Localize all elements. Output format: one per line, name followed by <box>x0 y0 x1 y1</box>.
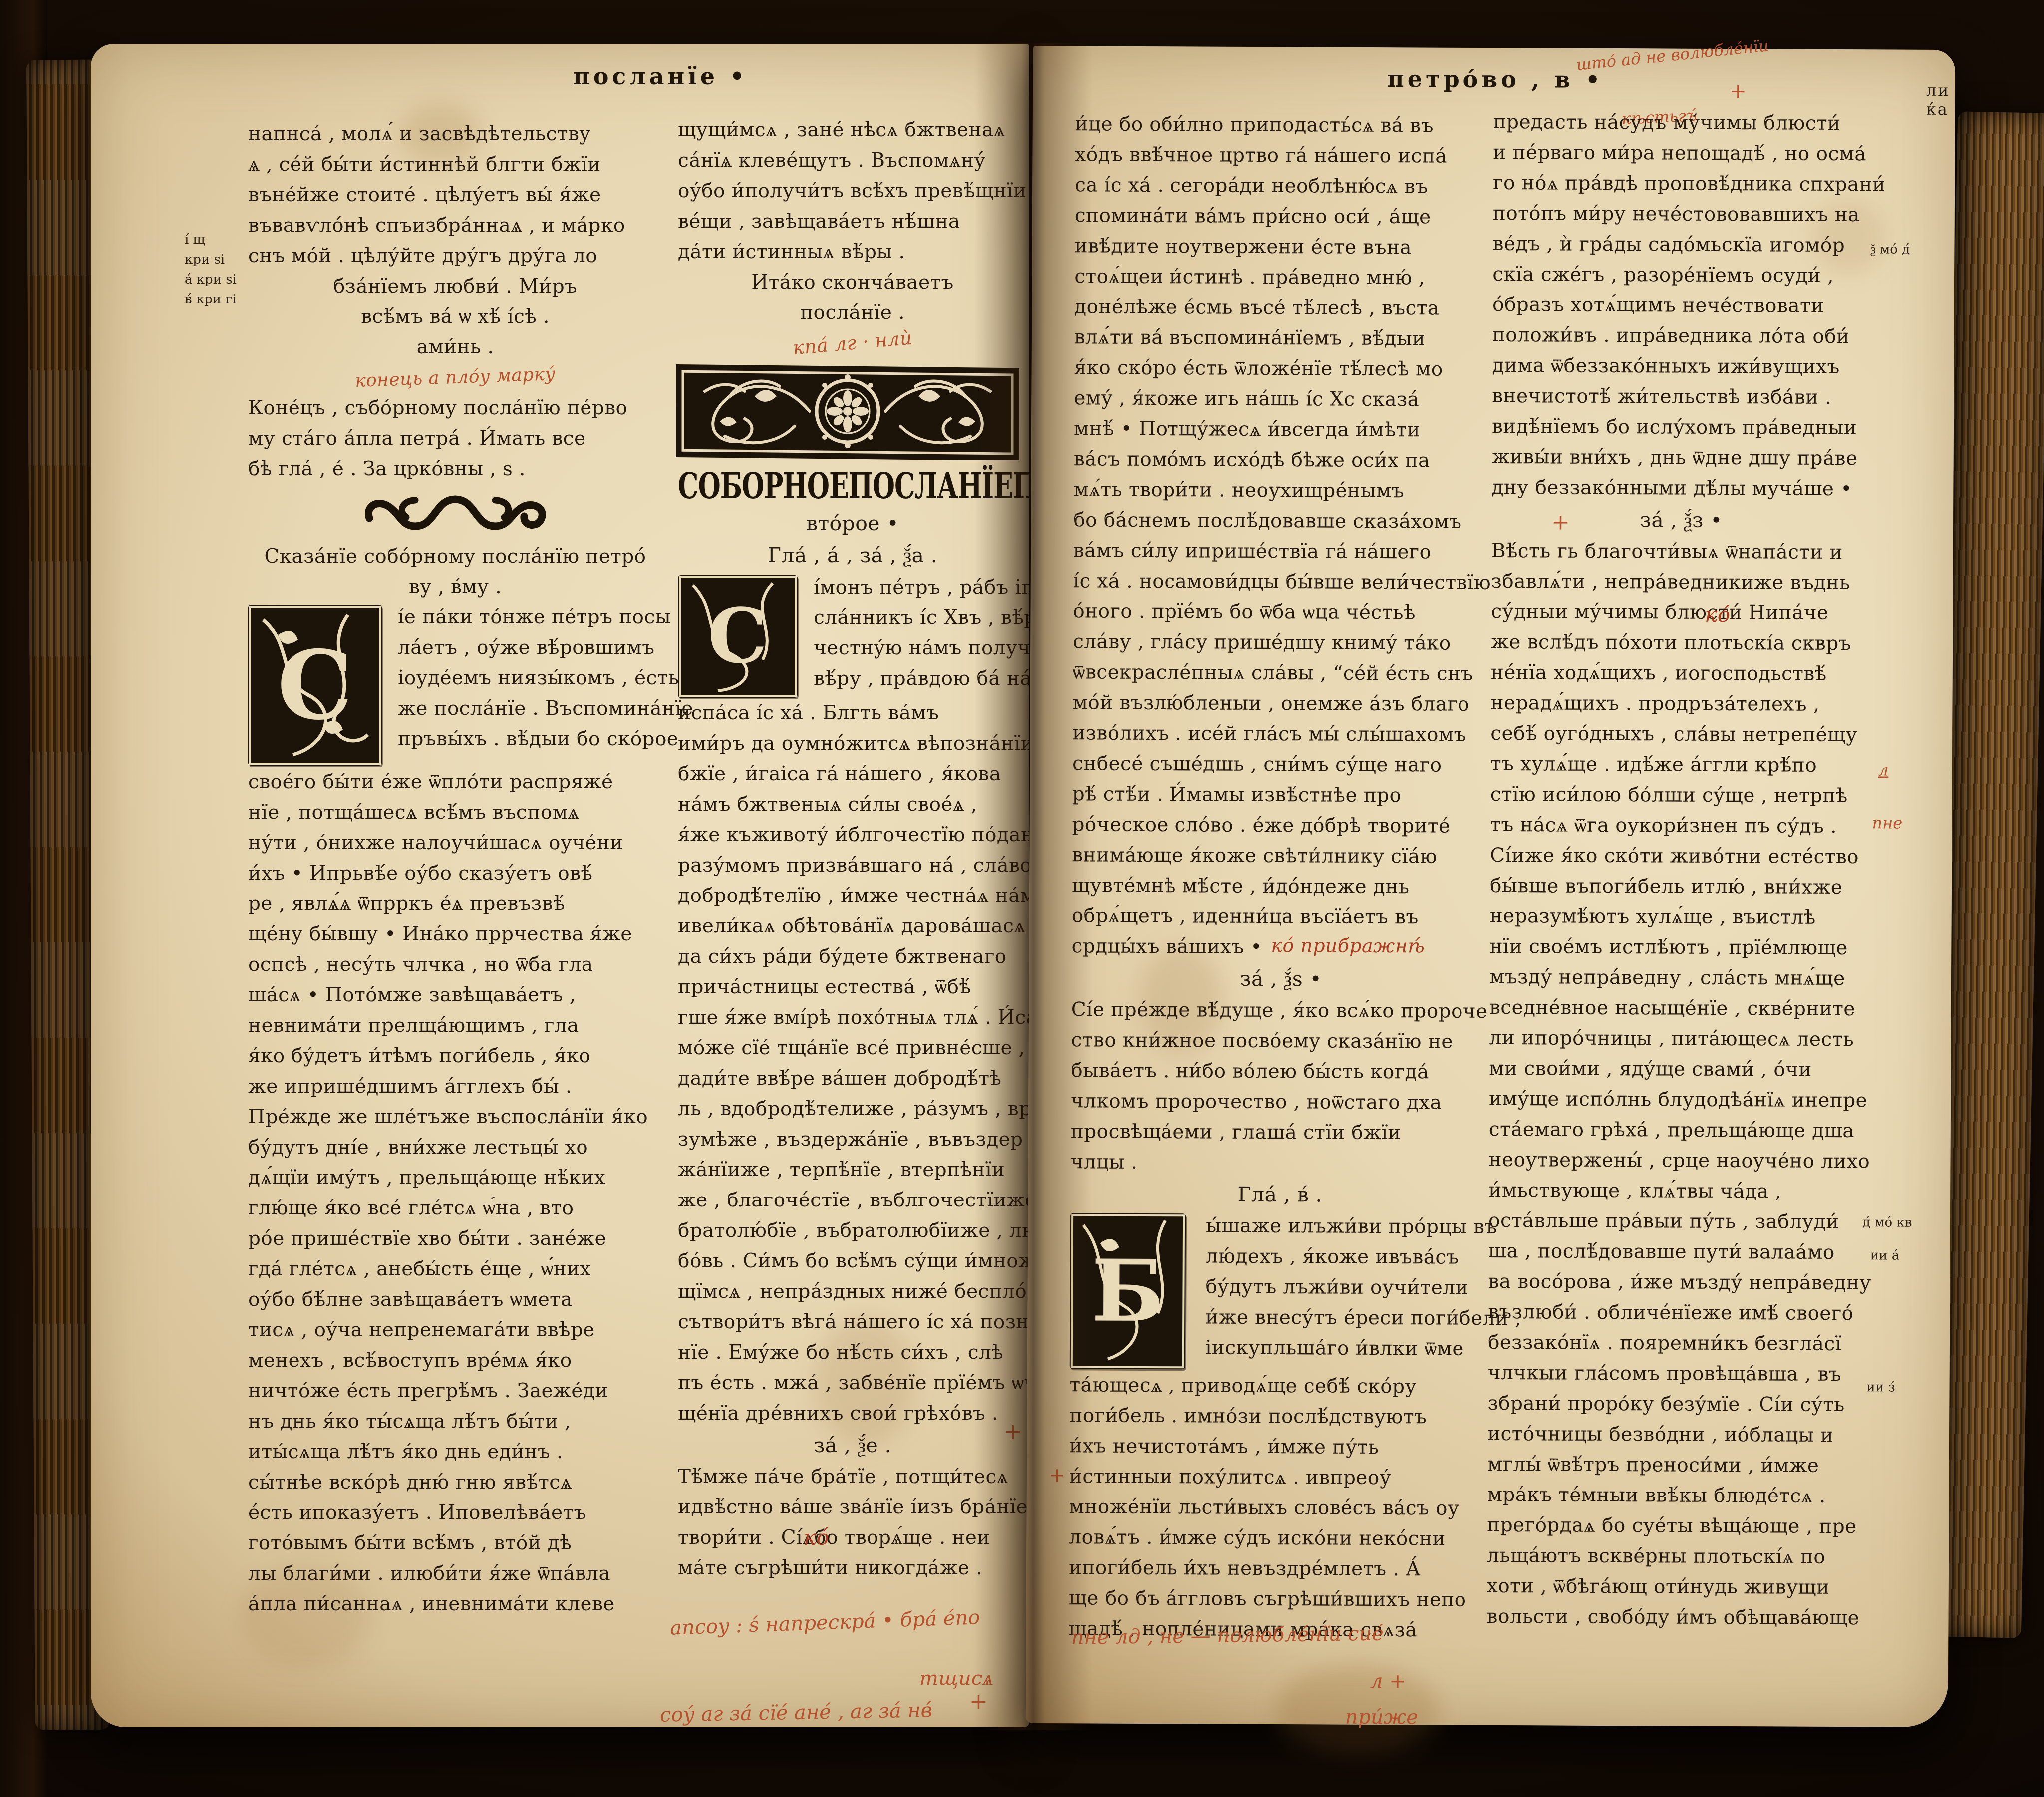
text-line: разу́момъ призва́вшаго на́ , сла́вои <box>678 850 1027 881</box>
text-block: Сі́е пре́жде вѣ́дуще , я́ко всѧ́ко проро… <box>1070 994 1490 1179</box>
left-page: посланїе • і́ щ кри ѕі а́ кри ѕі в́ кри … <box>91 44 1029 1727</box>
text-line: бза́нїемъ любви́ . Ми́ръ <box>248 271 662 301</box>
zachalo-heading: за́ , ѯ́з • + <box>1491 503 1871 537</box>
handwritten-note: апсоу : ѕ́ напрескра́ • бра́ е́по <box>669 1606 980 1640</box>
text-line: вольсти , свобо́ду и́мъ обѣщава́юще <box>1486 1601 1866 1633</box>
text-line: ва восо́рова , и́же мъзду́ непра́ведну <box>1488 1266 1867 1298</box>
text-line: іискупльша́го и́влки ѿме <box>1205 1333 1489 1364</box>
text-line: глю́ще я́ко все́ гле́тсѧ ѡ́на , вто <box>248 1193 662 1223</box>
text-line: ничто́же е́сть прегрѣ́мъ . Заеже́ди <box>248 1376 662 1406</box>
text-block: испа́са і́с ха́ . Блгть ва́мъими́ръ да о… <box>678 698 1027 1429</box>
text-line: бо́вь . Си́мъ бо всѣ́мъ су́щи и́множа <box>678 1246 1027 1276</box>
handwritten-note-bottom: пне лд , не — полюбле́нїи сие́ <box>1071 1622 1384 1649</box>
text-line: ре , явлѧ́ѧ ѿпрркъ е́ѧ превъзвѣ́ <box>248 889 662 919</box>
text-line: і́е па́ки то́нже пе́тръ посы <box>398 602 662 632</box>
text-line: бы́вше въпоги́бель итлю́ , вни́хже <box>1490 871 1869 902</box>
text-line: живы́и вни́хъ , днь ѿдне дшу пра́ве <box>1492 442 1871 474</box>
text-line: ли ипоро́чницы , пита́ющесѧ лесть <box>1489 1023 1869 1055</box>
text-line: и́стинныи поху́литсѧ . ивпреоу́ <box>1069 1461 1488 1494</box>
text-line: ну́ти , о́нихже налоучи́шасѧ оуче́ни <box>248 828 662 858</box>
text-line: братолю́бїе , въбратолюбїиже , лю <box>678 1215 1027 1246</box>
margin-note: в́ кри гі <box>185 290 237 309</box>
text-line: неоутвержены́ , срце наоуче́но лихо <box>1488 1145 1868 1177</box>
text-line: тисѧ , оу́ча непренемага́ти ввѣре <box>248 1315 662 1345</box>
text-line: тъ на́сѧ ѿга оукори́знен пъ су́дъ . <box>1490 810 1869 842</box>
column-4: предасть на́судъ му́чимы блюсти́и пе́рва… <box>1486 107 1872 1633</box>
text-line: възлюби́ . обличе́нїеже имѣ́ своего́ <box>1488 1297 1867 1329</box>
text-line: оу́бо и́получи́тъ всѣ́хъ превѣ́щнїи <box>678 176 1027 206</box>
text-block: свое́го бы́ти е́же ѿпло́ти распряже́нїе … <box>248 767 662 1619</box>
text-line: гше я́же вмі́рѣ похо́тныѧ тлѧ́ . И́са <box>678 1002 1027 1033</box>
text-block: щущи́мсѧ , зане́ нѣсѧ бжтвенаѧса́нїѧ кле… <box>678 115 1027 267</box>
text-line: збавлѧ́ти , непра́ведникиже въднь <box>1491 566 1871 598</box>
chapter-heading: Гла́ , в́ . <box>1070 1177 1489 1212</box>
text-line: Сі́иже я́ко ско́ти живо́тни есте́ство <box>1490 840 1869 872</box>
text-line: не́нїа ходѧ́щихъ , иогосподьствѣ́ <box>1491 657 1870 689</box>
rubric-ko-insert: ко́ <box>1705 602 1730 627</box>
chapter-label: Гла́ , в́ . <box>1237 1183 1322 1207</box>
text-block-with-rubric: ко́ Вѣ́сть гь благочти́выѧ ѿнапа́сти изб… <box>1486 536 1871 1633</box>
running-header-right: петро́во , в • <box>1387 65 1604 93</box>
text-line: испа́са і́с ха́ . Блгть ва́мъ <box>678 698 1027 728</box>
text-line: и́мьствующе , клѧ́твы ча́да , <box>1488 1175 1868 1207</box>
folio-number: ли ќа <box>1926 81 1955 119</box>
initial-letter: С <box>277 638 353 733</box>
text-line: та́ющесѧ , приводѧ́ще себѣ́ ско́ру <box>1070 1370 1489 1402</box>
text-line: я́же къживоту́ и́блгочестїю по́дана , <box>678 820 1027 850</box>
initial-paragraph: С і́монъ пе́тръ , ра́бъ іпосла́нникъ і́с… <box>678 572 1027 698</box>
red-cross-mark: + <box>1730 80 1747 103</box>
section-title: СОБОРНОЕПОСЛАНЇЕПЕТРОВ <box>678 465 1027 525</box>
text-line: бу́дутъ дні́е , вни́хже лестьцы́ хо <box>248 1132 662 1163</box>
text-line: и́же внесу́тъ е́реси поги́бели , <box>1205 1302 1489 1334</box>
text-line: видѣ́нїемъ бо ислу́хомъ пра́ведныи <box>1492 411 1871 443</box>
text-line: дима ѿбеззако́нныхъ ижи́вущихъ <box>1492 350 1871 382</box>
column-1: напнса́ , молѧ́ и засвѣдѣтельствуѧ , се́… <box>248 119 662 1619</box>
text-line: мра́къ те́мныи ввѣ́кы блюде́тсѧ . <box>1487 1480 1867 1511</box>
text-line: члкомъ пророчество , ноѿстаго дха <box>1071 1086 1490 1118</box>
text-line: мо́й възлю́бленыи , онемже а́зъ благо <box>1072 687 1491 720</box>
text-line: влѧ́ти ва́ въспомина́нїемъ , вѣ́дыи <box>1074 322 1493 354</box>
text-line: іоуде́емъ ниязы́комъ , е́сть <box>398 663 662 693</box>
text-line: же , благоче́стїе , въблгочестїиже , <box>678 1185 1027 1215</box>
text-line: добродѣ́телїю , и́мже честна́ѧ на́мъ <box>678 881 1027 911</box>
text-line: пото́пъ ми́ру нече́стововавшихъ на <box>1493 198 1872 230</box>
text-line: ль , вдобродѣ́телиже , ра́зумъ , вра́ <box>678 1094 1027 1124</box>
text-line: зумѣже , въздержа́нїе , въвъздер <box>678 1124 1027 1155</box>
zachalo-label: за́ , ѯ́ѕ • <box>1240 967 1322 991</box>
text-line: сътвори́тъ вѣга́ на́шего і́с ха́ позна́ <box>678 1307 1027 1337</box>
initial-paragraph: С і́е па́ки то́нже пе́тръ посыла́етъ , о… <box>248 602 662 767</box>
text-line: льща́ютъ вскве́рны плотьскі́ѧ по <box>1487 1540 1866 1572</box>
text-line: Сказа́нїе собо́рному посла́нїю петро́ <box>248 541 662 572</box>
text-line: щувте́мнѣ мѣ́сте , и́до́ндеже днь <box>1072 870 1491 902</box>
text-line: мо́же сїе́ тща́нїе все́ привне́сше , по <box>678 1033 1027 1063</box>
text-line: честну́ю на́мъ получи́вшимъ <box>814 633 1027 663</box>
text-block: предасть на́судъ му́чимы блюсти́и пе́рва… <box>1491 107 1872 504</box>
text-line: му ста́го а́пла петра́ . И́мать все <box>248 423 662 454</box>
zachalo-label: за́ , ѯ́з • <box>1640 508 1722 532</box>
text-line: бу́дутъ лъжи́ви оучи́тели <box>1205 1272 1489 1303</box>
text-line: нїе , потща́шесѧ всѣ́мъ въспомѧ <box>248 797 662 828</box>
text-line: пръвы́хъ . вѣ́дыи бо ско́рое <box>398 724 662 754</box>
initial-b-woodcut-icon: Б <box>1070 1213 1186 1369</box>
text-line: сы́тнѣе вско́рѣ дню́ гню явѣ́тсѧ <box>248 1467 662 1497</box>
text-line: щїмсѧ , непра́здных ниже́ беспло́дных <box>678 1276 1027 1307</box>
text-line: всѣ́мъ ва́ ѡ хѣ́ і́сѣ . <box>248 301 662 332</box>
text-line: ла́етъ , оу́же вѣ́ровшимъ <box>398 632 662 663</box>
text-line: о́ного . прїе́мъ бо ѿба ѡца че́стьѣ <box>1073 596 1492 628</box>
text-line: въвавѵло́нѣ спъизбра́ннаѧ , и ма́рко <box>248 210 662 241</box>
text-line: ство кни́жное посво́ему сказа́нїю не <box>1071 1025 1490 1057</box>
text-line: а́пла пи́саннаѧ , иневнима́ти клеве <box>248 1589 662 1619</box>
text-line: жа́нїиже , терпѣ́нїе , втерпѣнїи <box>678 1155 1027 1185</box>
text-line: ѿвсекрасле́пныѧ сла́вы , “се́й е́сть снъ <box>1073 657 1492 689</box>
text-line: свое́го бы́ти е́же ѿпло́ти распряже́ <box>248 767 662 797</box>
margin-note: а́ кри ѕі <box>185 270 237 290</box>
text-line: и пе́рваго ми́ра непощадѣ́ , но осма́ <box>1493 137 1872 169</box>
text-line: ще́нїа дре́внихъ свои́ грѣхо́въ . <box>678 1398 1027 1429</box>
margin-note: кри ѕі <box>185 250 237 270</box>
text-line: су́дныи му́чимы блюсти́ Нипа́че <box>1491 597 1870 628</box>
text-line: и́це бо оби́лно приподасть́сѧ ва́ въ <box>1075 109 1494 141</box>
handwritten-note-top: што́ ад не волюбле́нїи <box>1575 36 1769 74</box>
text-line: въне́йже стоите́ . цѣлу́етъ вы́ я́же <box>248 180 662 210</box>
text-line: я́ко бу́детъ и́тѣмъ поги́бель , я́ко <box>248 1041 662 1071</box>
text-line: твори́ти . Сі́ѧбо творѧ́ще . неи <box>678 1522 1027 1553</box>
text-line: оспсѣ , несу́ть члчка , но ѿба гла <box>248 949 662 980</box>
margin-note: і́ щ <box>185 230 237 250</box>
text-line: ѧ , се́й бы́ти и́стиннѣй блгти бжїи <box>248 149 662 180</box>
text-line: дѧ́щїи иму́тъ , прельща́юще нѣ́ких <box>248 1163 662 1193</box>
text-line: Тѣ́мже па́че бра́тїе , потщи́тесѧ <box>678 1462 1027 1492</box>
text-line: невнима́ти прелща́ющимъ , гла <box>248 1010 662 1041</box>
text-line: нъ днь я́ко ты́сѧща лѣ́тъ бы́ти , <box>248 1406 662 1437</box>
handwritten-note-bottom: при́же <box>1345 1706 1418 1729</box>
text-line: ще́ну бы́вшу • Ина́ко пррчества я́же <box>248 919 662 949</box>
margin-red-letter: л <box>1878 760 1889 779</box>
text-line: рѣ́ стѣ́и . И́мамы извѣ́стнѣе про <box>1072 779 1491 811</box>
text-line: изво́лихъ . исе́й гла́съ мы́ слы́шахомъ <box>1072 718 1491 750</box>
text-line: беззако́нїѧ . пояремни́къ безгла́сї <box>1488 1327 1867 1359</box>
margin-red-note: пне <box>1872 813 1902 832</box>
text-line: ва́съ помо́мъ исхо́дѣ бѣже оси́х па <box>1074 444 1493 476</box>
text-line: поги́бель . имно́зи послѣ́дствуютъ <box>1069 1400 1488 1433</box>
text-line: мнѣ́ • Потщу́жесѧ и́всегда и́мѣти <box>1074 413 1493 446</box>
text-line: ве́щи , завѣщава́етъ нѣ́шна <box>678 206 1027 237</box>
text-line: збрани́ проро́ку безу́мїе . Сі́и су́ть <box>1487 1388 1867 1420</box>
running-header-left: посланїе • <box>573 63 748 90</box>
handwritten-note: соу́ аг за́ сїе́ ане́ , аг за́ нв́ <box>660 1699 933 1727</box>
text-block: бза́нїемъ любви́ . Ми́ръвсѣ́мъ ва́ ѡ хѣ́… <box>248 271 662 362</box>
column-3: ко́ прибражнѣ́ и́це бо оби́лно приподаст… <box>1068 109 1494 1646</box>
text-line: множе́нїи льсти́выхъ слове́съ ва́съ оу <box>1069 1492 1488 1524</box>
text-line: Пре́жде же шле́тъже въспосла́нїи я́ко <box>248 1102 662 1132</box>
text-line: лю́дехъ , я́коже ивъва́съ <box>1206 1241 1489 1273</box>
text-line: себѣ́ оуго́дныхъ , сла́вы нетрепе́щу <box>1490 718 1870 750</box>
text-line: гда́ гле́тсѧ , анебы́сть е́ще , ѡ́них <box>248 1254 662 1284</box>
text-line: са і́с ха́ . сегора́ди необлѣню́сѧ въ <box>1075 170 1494 202</box>
text-line: и́хъ нечистота́мъ , и́мже пу́ть <box>1069 1431 1488 1463</box>
text-line: ивели́каѧ обѣтова́нїѧ дарова́шасѧ , <box>678 911 1027 941</box>
text-block-with-rubric: ко́ прибражнѣ́ и́це бо оби́лно приподаст… <box>1071 109 1494 963</box>
text-line: ма́те съгрѣши́ти никогда́же . <box>678 1553 1027 1583</box>
text-line: і́с ха́ . носамови́дцы бы́вше вели́честв… <box>1073 566 1492 598</box>
text-line: і́монъ пе́тръ , ра́бъ іпо <box>814 572 1027 602</box>
argument-title: Сказа́нїе собо́рному посла́нїю петро́ву … <box>248 541 662 602</box>
text-line: стїю иси́лою бо́лши су́ще , нетрпѣ <box>1490 779 1870 811</box>
text-line: ша́сѧ • Пото́мже завѣщава́етъ , <box>248 980 662 1010</box>
text-line: бжїе , и́гаіса га́ на́шего , я́кова <box>678 759 1027 789</box>
text-line: сла́нникъ і́с Хвъ , вѣ́равно <box>814 602 1027 633</box>
text-line: ы́шаже илъжи́ви про́рцы въ <box>1206 1211 1489 1242</box>
text-line: гото́вымъ бы́ти всѣ́мъ , вто́й дѣ <box>248 1528 662 1558</box>
text-line: вѣ́ру , пра́вдою ба́ на́шего <box>814 663 1027 694</box>
text-line: ве́дъ , ѝ гра́ды садо́мьскїа игомо́р <box>1492 229 1872 261</box>
text-line: иты́сѧща лѣ́тъ я́ко днь еди́нъ . <box>248 1437 662 1467</box>
text-line: ша , послѣ́довавше пути́ валаа́мо <box>1488 1236 1868 1268</box>
rubric-ko-insert: ко́ <box>804 1525 829 1550</box>
text-line: мглы́ ѿвѣ́тръ преноси́ми , и́мже <box>1487 1449 1867 1481</box>
initial-s-woodcut-icon: С <box>248 605 382 766</box>
zachalo-heading: за́ , ѯ́е . + <box>678 1429 1027 1462</box>
zachalo-label: за́ , ѯ́е . <box>814 1433 891 1457</box>
text-line: ста́емаго грѣха́ , прельща́юще дша <box>1489 1114 1868 1146</box>
text-line: прича́стницы естества́ , ѿбѣ́ <box>678 972 1027 1002</box>
text-line: мѧ́ть твори́ти . неоухищре́нымъ <box>1073 474 1492 507</box>
margin-note-right: ии з́ <box>1867 1377 1895 1397</box>
text-line: лы благи́ми . илюби́ти я́же ѿпа́вла <box>248 1558 662 1589</box>
text-line: да́ти и́стинныѧ вѣ́ры . <box>678 237 1027 267</box>
text-line: спомина́ти ва́мъ при́сно оси́ , а́ще <box>1075 200 1494 233</box>
text-line: снъ мо́й . цѣлу́йте дру́гъ дру́га ло <box>248 241 662 271</box>
text-line: на́мъ бжтвеныѧ си́лы свое́ѧ , <box>678 789 1027 820</box>
text-line: неразумѣ́ютъ хулѧ́ще , въистлѣ <box>1490 901 1869 933</box>
text-line: доне́лѣже е́смь въсе́ тѣ́лесѣ , въста <box>1074 292 1493 324</box>
text-line: напнса́ , молѧ́ и засвѣдѣтельству <box>248 119 662 149</box>
text-line: исто́чницы безво́дни , ио́блацы и <box>1487 1419 1867 1451</box>
text-line: ро́е прише́ствїе хво бы́ти . зане́же <box>248 1223 662 1254</box>
initial-letter: С <box>708 599 768 674</box>
text-line: внечистотѣ́ жи́тельствѣ изба́ви . <box>1492 381 1871 413</box>
text-line: менехъ , всѣ́воступъ вре́мѧ я́ко <box>248 1345 662 1376</box>
text-line: положи́въ . ипра́ведника ло́та оби́ <box>1492 320 1872 352</box>
chapter-heading: Гла́ , а́ , за́ , ѯ́а . <box>678 540 1027 572</box>
text-line: го но́ѧ пра́вдѣ проповѣ́дника спхрани́ <box>1493 168 1872 200</box>
initial-paragraph: Б ы́шаже илъжи́ви про́рцы вълю́дехъ , я́… <box>1070 1210 1489 1372</box>
text-line: члцы . <box>1070 1147 1489 1179</box>
text-line: сла́ву , гла́су прише́дшу книму́ та́ко <box>1073 626 1492 659</box>
text-line: члчкыи гла́сомъ провѣща́вша , въ <box>1488 1358 1867 1390</box>
text-line: тъ хулѧ́ще . идѣ́же а́ггли крѣ́по <box>1490 749 1870 781</box>
text-line: да си́хъ ра́ди бу́дете бжтвенаго <box>678 941 1027 972</box>
text-line: са́нїѧ клеве́щутъ . Въспомѧну́ <box>678 145 1027 176</box>
text-line: стоѧ́щеи и́стинѣ . пра́ведно мню́ , <box>1074 261 1493 294</box>
text-block: напнса́ , молѧ́ и засвѣдѣтельствуѧ , се́… <box>248 119 662 271</box>
text-line: мъзду́ непра́ведну , сла́сть мнѧ́ще <box>1489 962 1869 994</box>
text-line: прего́рдаѧ бо суе́ты вѣща́юще , пре <box>1487 1510 1866 1542</box>
initial-s-woodcut-icon: С <box>678 575 798 698</box>
text-line: же посла́нїе . Въспомина́нїе <box>398 693 662 724</box>
margin-note-right: ии а́ <box>1870 1245 1900 1265</box>
text-line: ими́ръ да оумно́житсѧ вѣпозна́нїи <box>678 728 1027 759</box>
knotwork-ornament <box>355 486 555 540</box>
text-line: предасть на́судъ му́чимы блюсти́ <box>1493 107 1873 139</box>
text-line: ми свои́ми , яду́ще свами́ , о́чи <box>1489 1053 1868 1085</box>
text-line: Вѣ́сть гь благочти́выѧ ѿнапа́сти и <box>1491 536 1871 568</box>
text-line: е́сть ипоказу́етъ . Иповелѣва́етъ <box>248 1497 662 1528</box>
text-line: дну беззако́нными дѣ́лы муча́ше • <box>1491 472 1871 504</box>
text-block: та́ющесѧ , приводѧ́ще себѣ́ ско́рупоги́б… <box>1068 1370 1488 1646</box>
text-line: ипоги́бель и́хъ невъздре́млетъ . А́ <box>1069 1552 1488 1585</box>
initial-letter: Б <box>1091 1249 1164 1334</box>
text-line: снбесе́ съше́дшь , сни́мъ су́ще наго <box>1072 748 1491 781</box>
text-line: пъ е́сть . мжа́ , забве́нїе прїе́мъ ѡчи <box>678 1368 1027 1398</box>
text-line: нерадѧ́щихъ . продръза́телехъ , <box>1490 688 1870 720</box>
text-line: иму́ще испо́лнь блудодѣа́нїѧ инепре <box>1489 1084 1868 1116</box>
text-line: Ита́ко сконча́ваетъ <box>678 267 1027 298</box>
text-line: скїа сже́гъ , разоре́нїемъ осуди́ , <box>1492 259 1872 291</box>
text-line: внима́юще я́коже свѣти́лнику сїа́ю <box>1072 840 1491 872</box>
red-cross-mark: + <box>1551 506 1570 539</box>
text-line: ву , в́му . <box>248 572 662 602</box>
text-line: бѣ гла́ , е́ . За црко́вны , ѕ . <box>248 454 662 484</box>
text-line: ва́мъ си́лу иприше́ствїа га́ на́шего <box>1073 535 1492 568</box>
red-cross-mark: + <box>969 1689 988 1715</box>
text-line: же вслѣ́дъ по́хоти плотьскі́а сквръ <box>1491 627 1870 659</box>
column-2: щущи́мсѧ , зане́ нѣсѧ бжтвенаѧса́нїѧ кле… <box>678 115 1027 1583</box>
margin-note-right: ѯ мо́ д́ <box>1870 239 1910 259</box>
text-line: щущи́мсѧ , зане́ нѣсѧ бжтвенаѧ <box>678 115 1027 145</box>
text-line: о́бразъ хотѧ́щимъ нече́ствовати <box>1492 290 1872 321</box>
text-line: оу́бо бѣ́лне завѣщава́етъ ѡмета <box>248 1284 662 1315</box>
text-line: ивѣ́дите ноутвержени е́сте въна <box>1074 231 1493 263</box>
handwritten-note: тщисѧ <box>919 1666 993 1690</box>
book-photo: посланїе • і́ щ кри ѕі а́ кри ѕі в́ кри … <box>0 0 2044 1797</box>
gutter-red-cross: + <box>1049 1464 1066 1487</box>
text-line: оста́вльше пра́выи пу́ть , заблуди́ <box>1488 1205 1868 1237</box>
text-line: бо ба́снемъ послѣ́довавше сказа́хомъ <box>1073 505 1492 537</box>
text-line: хо́дъ ввѣ́чное цртво га́ на́шего испа́ <box>1075 139 1494 172</box>
handwritten-note-bottom: л + <box>1370 1670 1406 1693</box>
text-line: я́ко ско́ро е́сть ѿложе́нїе тѣ́лесѣ мо <box>1074 352 1493 385</box>
text-line: дади́те ввѣ́ре ва́шен добродѣ́тѣ <box>678 1063 1027 1094</box>
text-line: хоти , ѿбѣга́ющ оти́нудь живущи <box>1487 1571 1866 1603</box>
text-line: вседне́вное насыще́нїе , скве́рните <box>1489 992 1869 1024</box>
text-line: просвѣща́еми , глаша́ стїи бжїи <box>1071 1116 1490 1149</box>
text-line: идвѣ́стно ва́ше зва́нїе і́изъ бра́нїе <box>678 1492 1027 1522</box>
margin-notes-left: і́ щ кри ѕі а́ кри ѕі в́ кри гі <box>185 230 237 309</box>
rubric-ko-note: ко́ прибражнѣ́ <box>1271 934 1425 957</box>
text-line: нїи свое́мъ истлѣ́ютъ , прїе́млюще <box>1489 931 1869 963</box>
text-line: Сі́е пре́жде вѣ́дуще , я́ко всѧ́ко проро… <box>1071 994 1490 1027</box>
margin-note-right: д́ мо́ кв <box>1862 1212 1912 1232</box>
text-line: нїе . Ему́же бо нѣ́сть си́хъ , слѣ <box>678 1337 1027 1368</box>
colophon-block: Коне́цъ , събо́рному посла́нїю пе́рвому … <box>248 393 662 484</box>
text-line: ро́ческое сло́во . е́же до́брѣ творите́ <box>1072 809 1491 842</box>
red-cross-mark: + <box>1004 1416 1022 1449</box>
headpiece-woodcut <box>675 361 1020 460</box>
text-line: ще бо бъ а́ггловъ съгрѣши́вшихъ непо <box>1069 1583 1488 1615</box>
text-line: быва́етъ . ни́бо во́лею бы́сть когда́ <box>1071 1055 1490 1088</box>
text-line: и́хъ • Ипрьвѣ́е оу́бо сказу́етъ овѣ́ <box>248 858 662 889</box>
text-line: обрѧ́щетъ , иденни́ца въсїа́етъ въ <box>1072 900 1491 933</box>
text-line: же иприше́дшимъ а́гглехъ бы́ . <box>248 1071 662 1102</box>
text-line: ловѧ́тъ . и́мже су́дъ иско́ни неко́сни <box>1069 1522 1488 1554</box>
text-line: ему́ , я́коже игь на́шь і́с Хс сказа́ <box>1074 383 1493 415</box>
text-block-with-rubric: ко́ Тѣ́мже па́че бра́тїе , потщи́тесѧидв… <box>678 1462 1027 1583</box>
zachalo-heading: за́ , ѯ́ѕ • <box>1071 961 1490 996</box>
right-page: петро́во , в • ли ќа што́ ад не волюбле́… <box>1026 46 1956 1727</box>
